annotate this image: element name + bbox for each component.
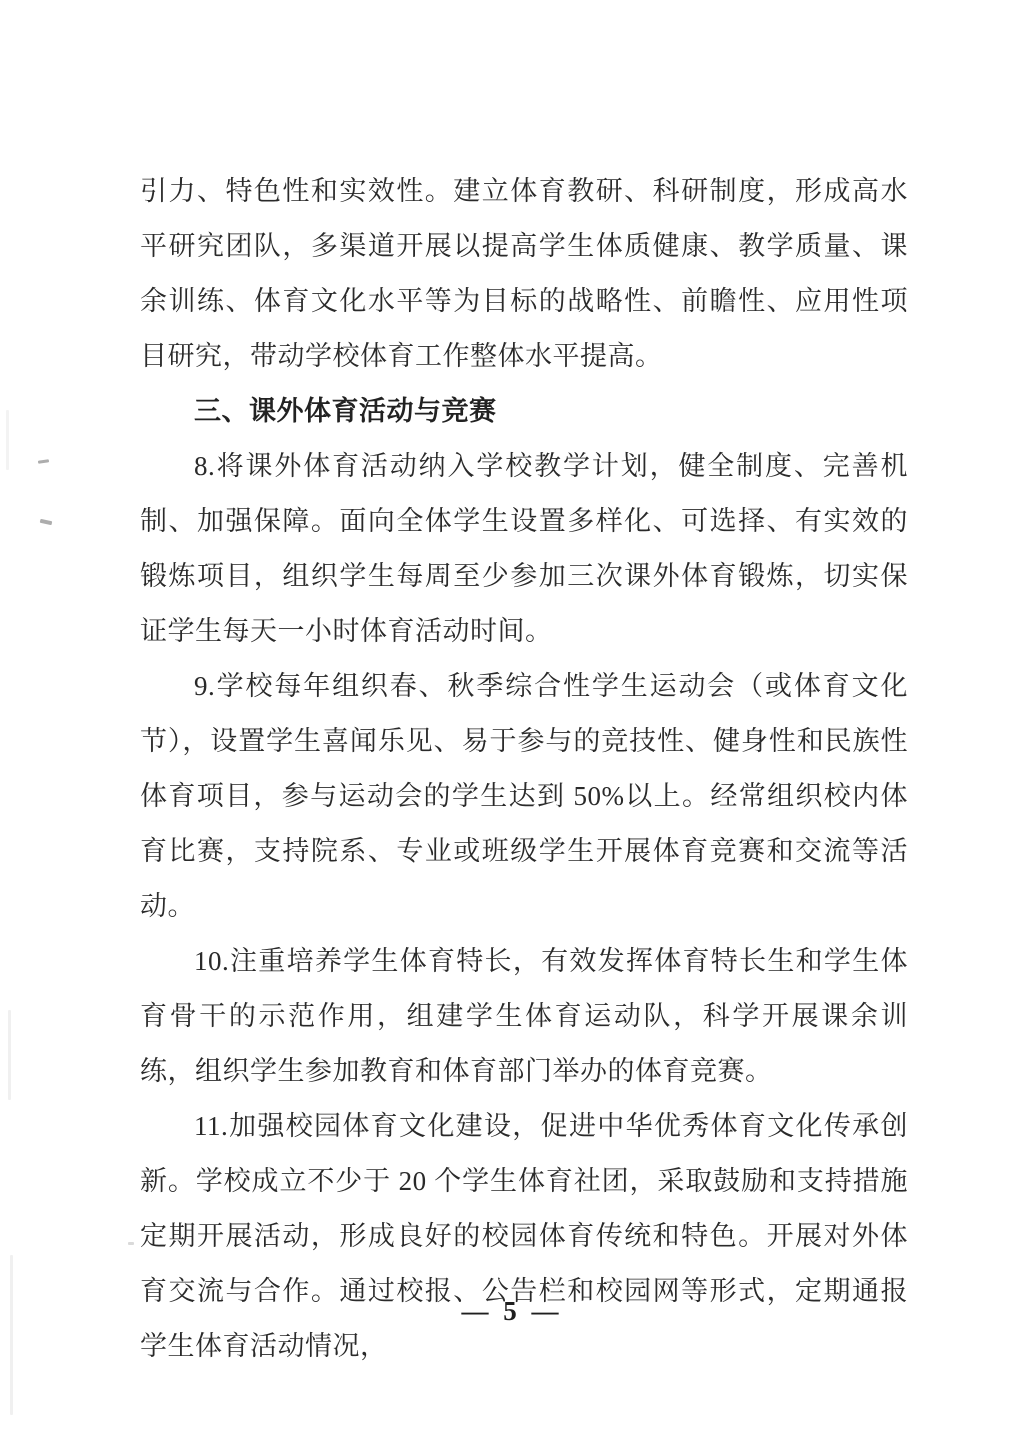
scan-noise-strip — [8, 1010, 11, 1100]
scan-smudge — [40, 519, 53, 525]
document-body: 引力、特色性和实效性。建立体育教研、科研制度，形成高水平研究团队，多渠道开展以提… — [140, 164, 908, 1374]
scan-smudge — [38, 459, 49, 464]
scan-smudge — [128, 1242, 134, 1245]
body-paragraph: 引力、特色性和实效性。建立体育教研、科研制度，形成高水平研究团队，多渠道开展以提… — [140, 164, 908, 384]
scan-noise-strip — [6, 410, 9, 470]
section-heading: 三、课外体育活动与竞赛 — [140, 384, 908, 439]
body-paragraph: 9.学校每年组织春、秋季综合性学生运动会（或体育文化节），设置学生喜闻乐见、易于… — [140, 659, 908, 934]
body-paragraph: 11.加强校园体育文化建设，促进中华优秀体育文化传承创新。学校成立不少于 20 … — [140, 1099, 908, 1374]
body-paragraph: 10.注重培养学生体育特长，有效发挥体育特长生和学生体育骨干的示范作用，组建学生… — [140, 934, 908, 1099]
document-page: 引力、特色性和实效性。建立体育教研、科研制度，形成高水平研究团队，多渠道开展以提… — [0, 0, 1024, 1445]
scan-noise-strip — [10, 1255, 13, 1415]
page-footer: — 5 — — [0, 1296, 1024, 1327]
page-number: — 5 — — [462, 1296, 563, 1326]
body-paragraph: 8.将课外体育活动纳入学校教学计划，健全制度、完善机制、加强保障。面向全体学生设… — [140, 439, 908, 659]
